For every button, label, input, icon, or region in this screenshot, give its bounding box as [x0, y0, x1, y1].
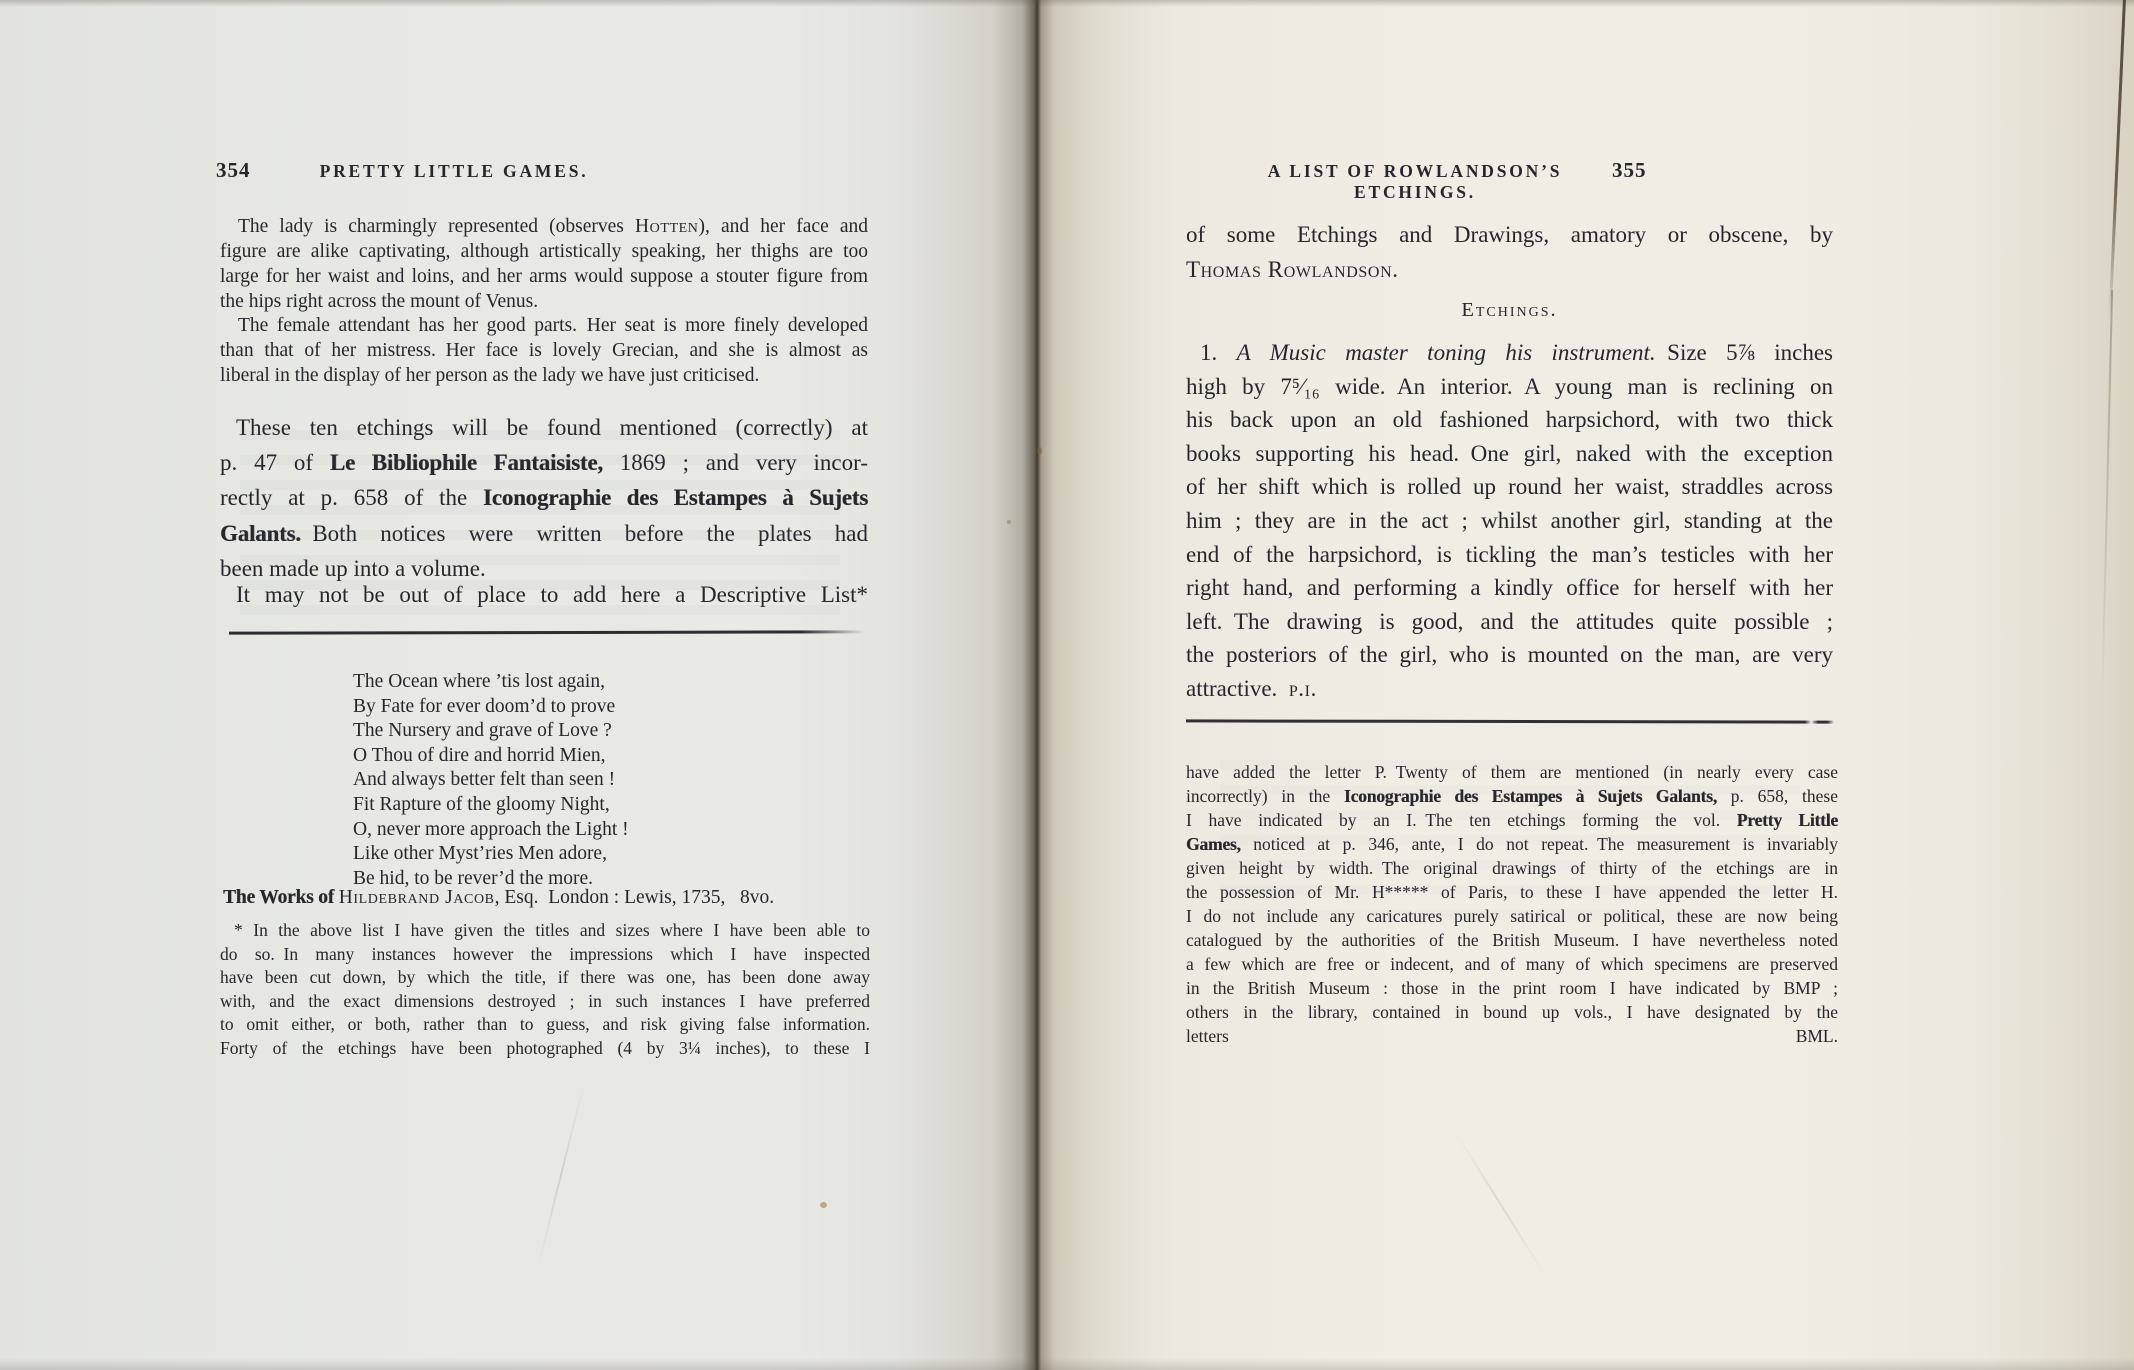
text-segment: Both notices were written before the pla… [301, 521, 868, 546]
blackletter-text: Galants. [220, 521, 301, 546]
right-page-number: 355 [1612, 158, 1647, 183]
text-line: O, never more approach the Light ! [353, 818, 783, 843]
paper-speck [1007, 520, 1011, 524]
text-line: in the British Museum : those in the pri… [1186, 976, 1838, 1000]
paper-crease [537, 1083, 585, 1268]
left-paragraph-2: The female attendant has her good parts.… [220, 313, 868, 388]
left-paragraph-3: These ten etchings will be found mention… [220, 410, 868, 586]
poem-attribution: The Works of Hildebrand Jacob, Esq. Lond… [223, 885, 873, 910]
text-line: with, and the exact dimensions destroyed… [220, 990, 870, 1014]
text-segment: p. 47 of [220, 450, 330, 475]
text-line: The lady is charmingly represented (obse… [220, 214, 868, 239]
etching-entry-1: 1. A Music master toning his instrument.… [1186, 336, 1833, 706]
text-line: Thomas Rowlandson. [1186, 252, 1833, 287]
smallcaps-text: Thomas Rowlandson. [1186, 257, 1399, 282]
text-line: I do not include any caricatures purely … [1186, 904, 1838, 928]
text-line: These ten etchings will be found mention… [220, 410, 868, 445]
text-line: * In the above list I have given the tit… [220, 919, 870, 943]
left-paragraph-1: The lady is charmingly represented (obse… [220, 214, 868, 314]
text-line: rectly at p. 658 of the Iconographie des… [220, 480, 868, 515]
text-line: p. 47 of Le Bibliophile Fantaisiste, 186… [220, 445, 868, 480]
smallcaps-text: p.i. [1289, 676, 1317, 701]
text-line: have been cut down, by which the title, … [220, 966, 870, 990]
text-segment: Size 5⅞ inches [1656, 340, 1833, 365]
text-segment: attractive. [1186, 676, 1289, 701]
text-segment: , Esq. London : Lewis, 1735, 8vo. [495, 887, 774, 908]
left-paragraph-4: It may not be out of place to add here a… [220, 577, 868, 612]
text-segment: ), and her face and [699, 216, 868, 237]
text-line: letters BML. [1186, 1024, 1838, 1048]
smallcaps-text: Hildebrand Jacob [339, 887, 495, 908]
text-segment: The lady is charmingly represented (obse… [238, 216, 635, 237]
poem: The Ocean where ’tis lost again,By Fate … [353, 670, 783, 891]
text-line: have added the letter P. Twenty of them … [1186, 760, 1838, 784]
paper-crease [1455, 1132, 1547, 1277]
page-edge-line-faint [2101, 290, 2113, 710]
book-spread: 354 PRETTY LITTLE GAMES. The lady is cha… [0, 0, 2134, 1370]
text-line: It may not be out of place to add here a… [220, 577, 868, 612]
text-line: The female attendant has her good parts.… [220, 313, 868, 338]
text-line: of some Etchings and Drawings, amatory o… [1186, 217, 1833, 252]
smallcaps-text: Hotten [635, 216, 699, 237]
page-edge-line [2109, 0, 2127, 318]
text-line: And always better felt than seen ! [353, 768, 783, 793]
text-line: than that of her mistress. Her face is l… [220, 338, 868, 363]
text-line: the hips right across the mount of Venus… [220, 289, 868, 314]
text-segment: incorrectly) in the [1186, 786, 1344, 806]
text-line: 1. A Music master toning his instrument.… [1186, 336, 1833, 370]
text-line: attractive. p.i. [1186, 672, 1833, 706]
text-line: high by 7⁵⁄₁₆ wide. An interior. A young… [1186, 370, 1833, 404]
text-line: right hand, and performing a kindly offi… [1186, 571, 1833, 605]
text-segment: I have indicated by an I. The ten etchin… [1186, 810, 1737, 830]
text-line: Like other Myst’ries Men adore, [353, 842, 783, 867]
text-line: end of the harpsichord, is tickling the … [1186, 538, 1833, 572]
text-line: the posteriors of the girl, who is mount… [1186, 638, 1833, 672]
text-line: given height by width. The original draw… [1186, 856, 1838, 880]
text-line: Games, noticed at p. 346, ante, I do not… [1186, 832, 1838, 856]
text-line: The Ocean where ’tis lost again, [353, 670, 783, 695]
italic-text: A Music master toning his instrument. [1237, 340, 1656, 365]
blackletter-text: Games, [1186, 834, 1241, 854]
text-line: do so. In many instances however the imp… [220, 943, 870, 967]
text-line: the possession of Mr. H***** of Paris, t… [1186, 880, 1838, 904]
text-line: books supporting his head. One girl, nak… [1186, 437, 1833, 471]
text-segment: 1869 ; and very incor- [603, 450, 868, 475]
text-segment: 1. [1200, 340, 1237, 365]
text-line: I have indicated by an I. The ten etchin… [1186, 808, 1838, 832]
text-line: others in the library, contained in boun… [1186, 1000, 1838, 1024]
blackletter-text: Iconographie des Estampes à Sujets [483, 485, 868, 510]
text-segment: rectly at p. 658 of the [220, 485, 483, 510]
blackletter-text: Iconographie des Estampes à Sujets Galan… [1344, 786, 1717, 806]
blackletter-text: Le Bibliophile Fantaisiste, [330, 450, 603, 475]
text-line: of her shift which is rolled up round he… [1186, 470, 1833, 504]
left-running-head: PRETTY LITTLE GAMES. [248, 161, 660, 182]
text-segment: noticed at p. 346, ante, I do not repeat… [1241, 834, 1838, 854]
blackletter-text: The Works of [223, 887, 339, 908]
text-segment: p. 658, these [1717, 786, 1838, 806]
paper-speck [820, 1202, 827, 1208]
paper-speck [1037, 447, 1042, 455]
text-line: his back upon an old fashioned harpsicho… [1186, 403, 1833, 437]
text-line: a few which are free or indecent, and of… [1186, 952, 1838, 976]
blackletter-text: Pretty Little [1737, 810, 1838, 830]
text-line: catalogued by the authorities of the Bri… [1186, 928, 1838, 952]
text-line: By Fate for ever doom’d to prove [353, 695, 783, 720]
text-line: Forty of the etchings have been photogra… [220, 1037, 870, 1061]
right-running-head: A LIST OF ROWLANDSON’S ETCHINGS. [1214, 161, 1616, 203]
text-line: to omit either, or both, rather than to … [220, 1013, 870, 1037]
text-line: O Thou of dire and horrid Mien, [353, 744, 783, 769]
text-line: Fit Rapture of the gloomy Night, [353, 793, 783, 818]
right-footnote: have added the letter P. Twenty of them … [1186, 760, 1838, 1048]
right-paragraph-1: of some Etchings and Drawings, amatory o… [1186, 217, 1833, 288]
text-line: large for her waist and loins, and her a… [220, 264, 868, 289]
text-line: incorrectly) in the Iconographie des Est… [1186, 784, 1838, 808]
right-footnote-rule [1186, 719, 1834, 723]
text-line: The Nursery and grave of Love ? [353, 719, 783, 744]
left-footnote-rule [229, 630, 865, 634]
text-line: left. The drawing is good, and the attit… [1186, 605, 1833, 639]
left-footnote: * In the above list I have given the tit… [220, 919, 870, 1061]
left-page-number: 354 [216, 158, 251, 183]
text-line: The Works of Hildebrand Jacob, Esq. Lond… [223, 885, 873, 910]
text-line: him ; they are in the act ; whilst anoth… [1186, 504, 1833, 538]
text-line: liberal in the display of her person as … [220, 363, 868, 388]
text-line: figure are alike captivating, although a… [220, 239, 868, 264]
text-line: Galants. Both notices were written befor… [220, 516, 868, 551]
etchings-section-heading: Etchings. [1186, 299, 1833, 322]
